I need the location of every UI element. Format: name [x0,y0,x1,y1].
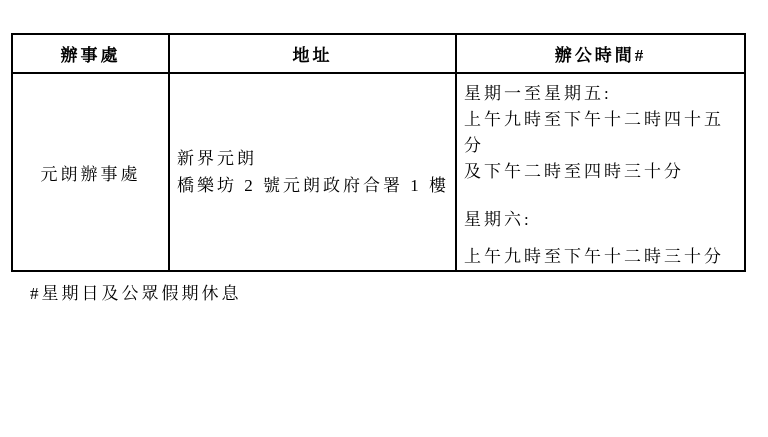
table-header-row: 辦事處 地址 辦公時間# [12,34,745,73]
footnote: #星期日及公眾假期休息 [30,279,242,304]
document-page: 辦事處 地址 辦公時間# 元朗辦事處 新界元朗 橋樂坊 2 號元朗政府合署 1 … [0,0,768,437]
weekday-hours-line-1: 上午九時至下午十二時四十五分 [464,107,740,159]
header-address: 地址 [169,34,456,73]
header-office: 辦事處 [12,34,169,73]
office-name-cell: 元朗辦事處 [12,73,169,271]
address-line-1: 新界元朗 [177,145,451,172]
address-line-2: 橋樂坊 2 號元朗政府合署 1 樓 [177,172,451,199]
saturday-hours-label: 星期六: [464,207,740,233]
saturday-hours-line: 上午九時至下午十二時三十分 [464,244,740,270]
table-row: 元朗辦事處 新界元朗 橋樂坊 2 號元朗政府合署 1 樓 星期一至星期五: 上午… [12,73,745,271]
header-office-hours: 辦公時間# [456,34,745,73]
address-cell: 新界元朗 橋樂坊 2 號元朗政府合署 1 樓 [169,73,456,271]
office-hours-cell: 星期一至星期五: 上午九時至下午十二時四十五分 及下午二時至四時三十分 星期六:… [456,73,745,271]
office-info-table: 辦事處 地址 辦公時間# 元朗辦事處 新界元朗 橋樂坊 2 號元朗政府合署 1 … [11,33,746,272]
weekday-hours-label: 星期一至星期五: [464,81,740,107]
weekday-hours-line-2: 及下午二時至四時三十分 [464,159,740,185]
